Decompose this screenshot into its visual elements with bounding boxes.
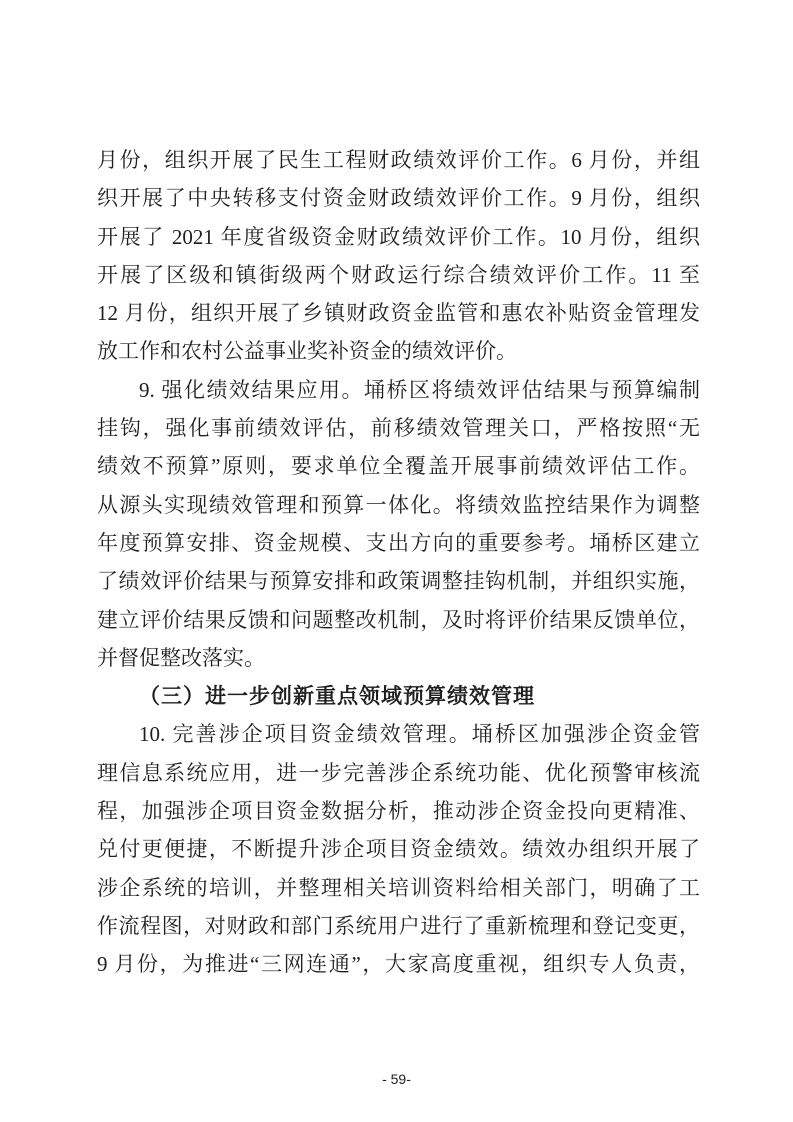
text-line: 并督促整改落实。 [97, 639, 700, 677]
section-heading: （三）进一步创新重点领域预算绩效管理 [97, 677, 700, 715]
text-line: 开展了区级和镇街级两个财政运行综合绩效评价工作。11 至 [97, 256, 700, 294]
text-line: 作流程图，对财政和部门系统用户进行了重新梳理和登记变更， [97, 907, 700, 945]
body-paragraph: 10. 完善涉企项目资金绩效管理。埇桥区加强涉企资金管理信息系统应用，进一步完善… [97, 715, 700, 983]
text-line: 从源头实现绩效管理和预算一体化。将绩效监控结果作为调整 [97, 486, 700, 524]
text-line: 挂钩，强化事前绩效评估，前移绩效管理关口，严格按照“无 [97, 409, 700, 447]
text-line: 了绩效评价结果与预算安排和政策调整挂钩机制，并组织实施， [97, 562, 700, 600]
text-line: 12 月份，组织开展了乡镇财政资金监管和惠农补贴资金管理发 [97, 294, 700, 332]
text-line: 月份，组织开展了民生工程财政绩效评价工作。6 月份，并组 [97, 141, 700, 179]
document-body: 月份，组织开展了民生工程财政绩效评价工作。6 月份，并组织开展了中央转移支付资金… [97, 141, 700, 984]
text-line: 9 月份，为推进“三网连通”，大家高度重视，组织专人负责， [97, 945, 700, 983]
text-line: 开展了 2021 年度省级资金财政绩效评价工作。10 月份，组织 [97, 218, 700, 256]
text-line: 10. 完善涉企项目资金绩效管理。埇桥区加强涉企资金管 [97, 715, 700, 753]
text-line: 程，加强涉企项目资金数据分析，推动涉企资金投向更精准、 [97, 792, 700, 830]
text-line: 涉企系统的培训，并整理相关培训资料给相关部门，明确了工 [97, 869, 700, 907]
text-line: 绩效不预算”原则，要求单位全覆盖开展事前绩效评估工作。 [97, 447, 700, 485]
text-line: 织开展了中央转移支付资金财政绩效评价工作。9 月份，组织 [97, 179, 700, 217]
page-number: - 59- [0, 1071, 793, 1087]
text-line: （三）进一步创新重点领域预算绩效管理 [97, 677, 700, 715]
body-paragraph: 9. 强化绩效结果应用。埇桥区将绩效评估结果与预算编制挂钩，强化事前绩效评估，前… [97, 371, 700, 677]
body-paragraph: 月份，组织开展了民生工程财政绩效评价工作。6 月份，并组织开展了中央转移支付资金… [97, 141, 700, 371]
text-line: 放工作和农村公益事业奖补资金的绩效评价。 [97, 332, 700, 370]
text-line: 年度预算安排、资金规模、支出方向的重要参考。埇桥区建立 [97, 524, 700, 562]
document-page: 月份，组织开展了民生工程财政绩效评价工作。6 月份，并组织开展了中央转移支付资金… [0, 0, 793, 1122]
text-line: 兑付更便捷，不断提升涉企项目资金绩效。绩效办组织开展了 [97, 830, 700, 868]
text-line: 9. 强化绩效结果应用。埇桥区将绩效评估结果与预算编制 [97, 371, 700, 409]
text-line: 理信息系统应用，进一步完善涉企系统功能、优化预警审核流 [97, 754, 700, 792]
text-line: 建立评价结果反馈和问题整改机制，及时将评价结果反馈单位， [97, 601, 700, 639]
